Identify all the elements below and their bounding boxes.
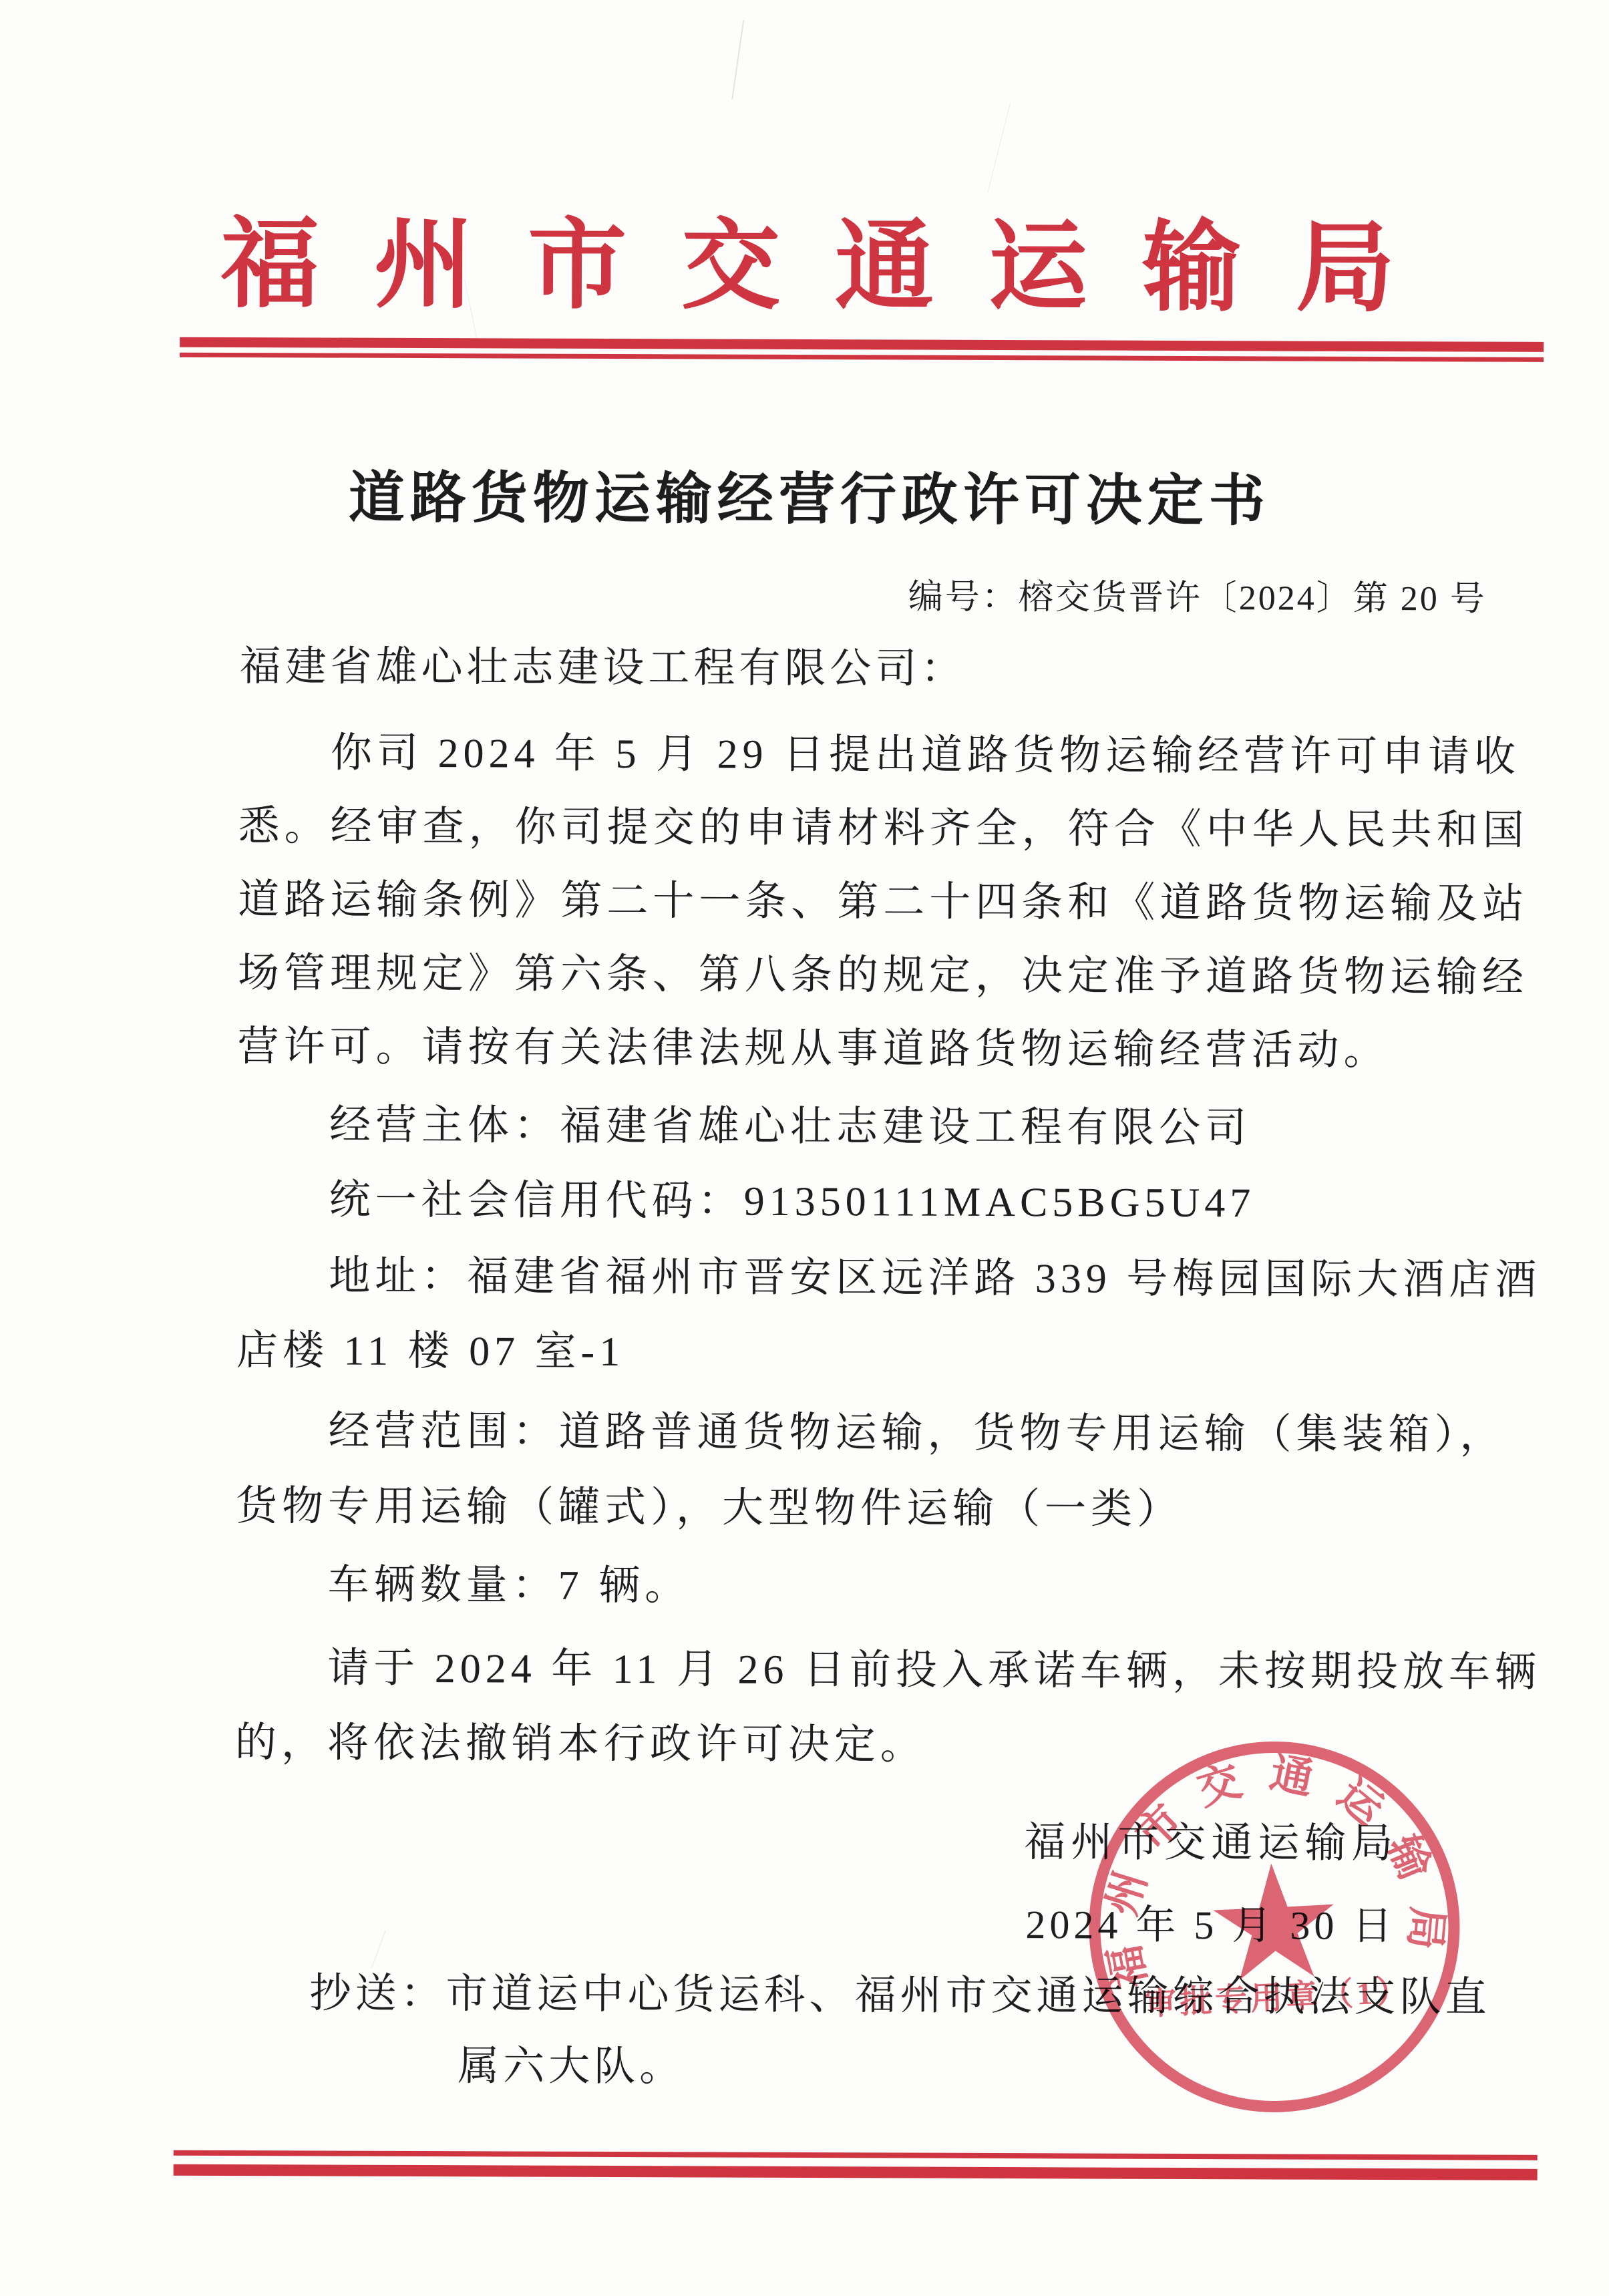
letterhead-divider-thin — [180, 353, 1544, 362]
cc-line-2: 属六大队。 — [458, 2032, 685, 2092]
seal-star-icon — [1211, 1860, 1337, 1981]
body-line: 道路运输条例》第二十一条、第二十四条和《道路货物运输及站 — [238, 876, 1567, 929]
body-line: 经营范围：道路普通货物运输，货物专用运输（集装箱）， — [236, 1408, 1565, 1460]
scan-artifact — [987, 102, 1011, 193]
body-line: 车辆数量：7 辆。 — [236, 1561, 1565, 1613]
body-line: 营许可。请按有关法律法规从事道路货物运输经营活动。 — [237, 1023, 1566, 1076]
scan-artifact — [731, 20, 744, 100]
document-title: 道路货物运输经营行政许可决定书 — [2, 467, 1609, 534]
body-line: 货物专用运输（罐式），大型物件运输（一类） — [236, 1483, 1565, 1535]
footer-divider-thick — [174, 2164, 1538, 2180]
addressee: 福建省雄心壮志建设工程有限公司： — [239, 633, 966, 695]
body-line: 店楼 11 楼 07 室-1 — [236, 1327, 1566, 1379]
letterhead-agency-name: 福州市交通运输局 — [3, 215, 1609, 319]
body-line: 悉。经审查，你司提交的申请材料齐全，符合《中华人民共和国 — [238, 803, 1568, 855]
body-line: 场管理规定》第六条、第八条的规定，决定准予道路货物运输经 — [238, 950, 1567, 1002]
footer-divider-thin — [174, 2150, 1538, 2160]
body-line: 统一社会信用代码：91350111MAC5BG5U47 — [237, 1176, 1566, 1228]
body-line: 请于 2024 年 11 月 26 日前投入承诺车辆，未按期投放车辆 — [235, 1645, 1564, 1697]
document-number: 编号：榕交货晋许〔2024〕第 20 号 — [908, 568, 1487, 621]
document-page: 福州市交通运输局 道路货物运输经营行政许可决定书 编号：榕交货晋许〔2024〕第… — [0, 0, 1609, 2296]
seal-bottom-text: 审批专用章（1） — [1143, 1973, 1412, 2022]
official-seal: 福州市交通运输局 审批专用章（1） — [1080, 1732, 1469, 2121]
letterhead-divider-thick — [180, 337, 1544, 352]
body-line: 你司 2024 年 5 月 29 日提出道路货物运输经营许可申请收 — [238, 729, 1568, 782]
body-line: 经营主体：福建省雄心壮志建设工程有限公司 — [237, 1102, 1566, 1154]
body-line: 地址：福建省福州市晋安区远洋路 339 号梅园国际大酒店酒 — [236, 1253, 1566, 1305]
